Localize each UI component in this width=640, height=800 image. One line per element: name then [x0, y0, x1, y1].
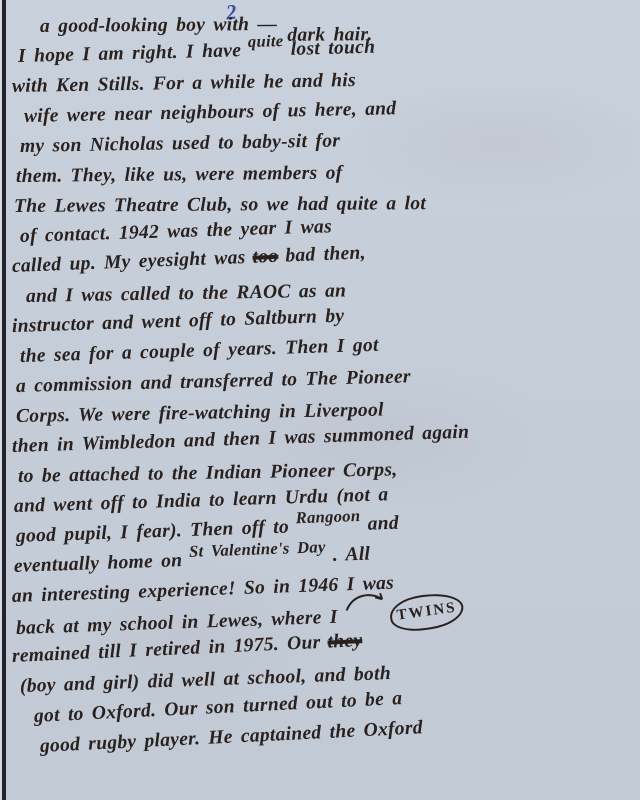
- handwritten-text: a good-looking boy with —: [40, 14, 277, 37]
- handwritten-text: instructor and went off to Saltburn by: [12, 306, 345, 337]
- handwritten-text: I hope I am right. I have: [18, 40, 242, 67]
- handwritten-text: eventually home on: [14, 550, 183, 577]
- inserted-word: Rangoon: [295, 506, 360, 527]
- handwritten-text-block: a good-looking boy with —dark hair.I hop…: [10, 12, 626, 762]
- handwritten-text: them. They, like us, were members of: [16, 163, 343, 187]
- handwritten-text: bad then,: [285, 242, 366, 266]
- handwritten-text: a commission and transferred to The Pion…: [16, 366, 411, 397]
- handwritten-text: the sea for a couple of years. Then I go…: [20, 335, 379, 367]
- handwritten-text: called up. My eyesight was: [12, 247, 246, 277]
- crossed-out-word: they: [327, 630, 363, 653]
- handwritten-text: with Ken Stills. For a while he and his: [12, 70, 356, 97]
- scanned-letter-page: 2 a good-looking boy with —dark hair.I h…: [0, 0, 640, 800]
- handwritten-text: lost touch: [290, 37, 375, 60]
- crossed-out-word: too: [252, 246, 279, 268]
- handwritten-text: . All: [332, 544, 370, 566]
- handwritten-text: and: [367, 513, 399, 535]
- inserted-word: quite: [248, 31, 284, 51]
- inserted-word: St Valentine's Day: [189, 537, 326, 561]
- scan-edge-shadow: [2, 0, 6, 800]
- insertion-arrow-icon: [343, 589, 386, 612]
- handwritten-text: wife were near neighbours of us here, an…: [24, 98, 397, 127]
- handwritten-line: them. They, like us, were members of: [16, 156, 626, 192]
- handwritten-text: my son Nicholas used to baby-sit for: [20, 130, 341, 157]
